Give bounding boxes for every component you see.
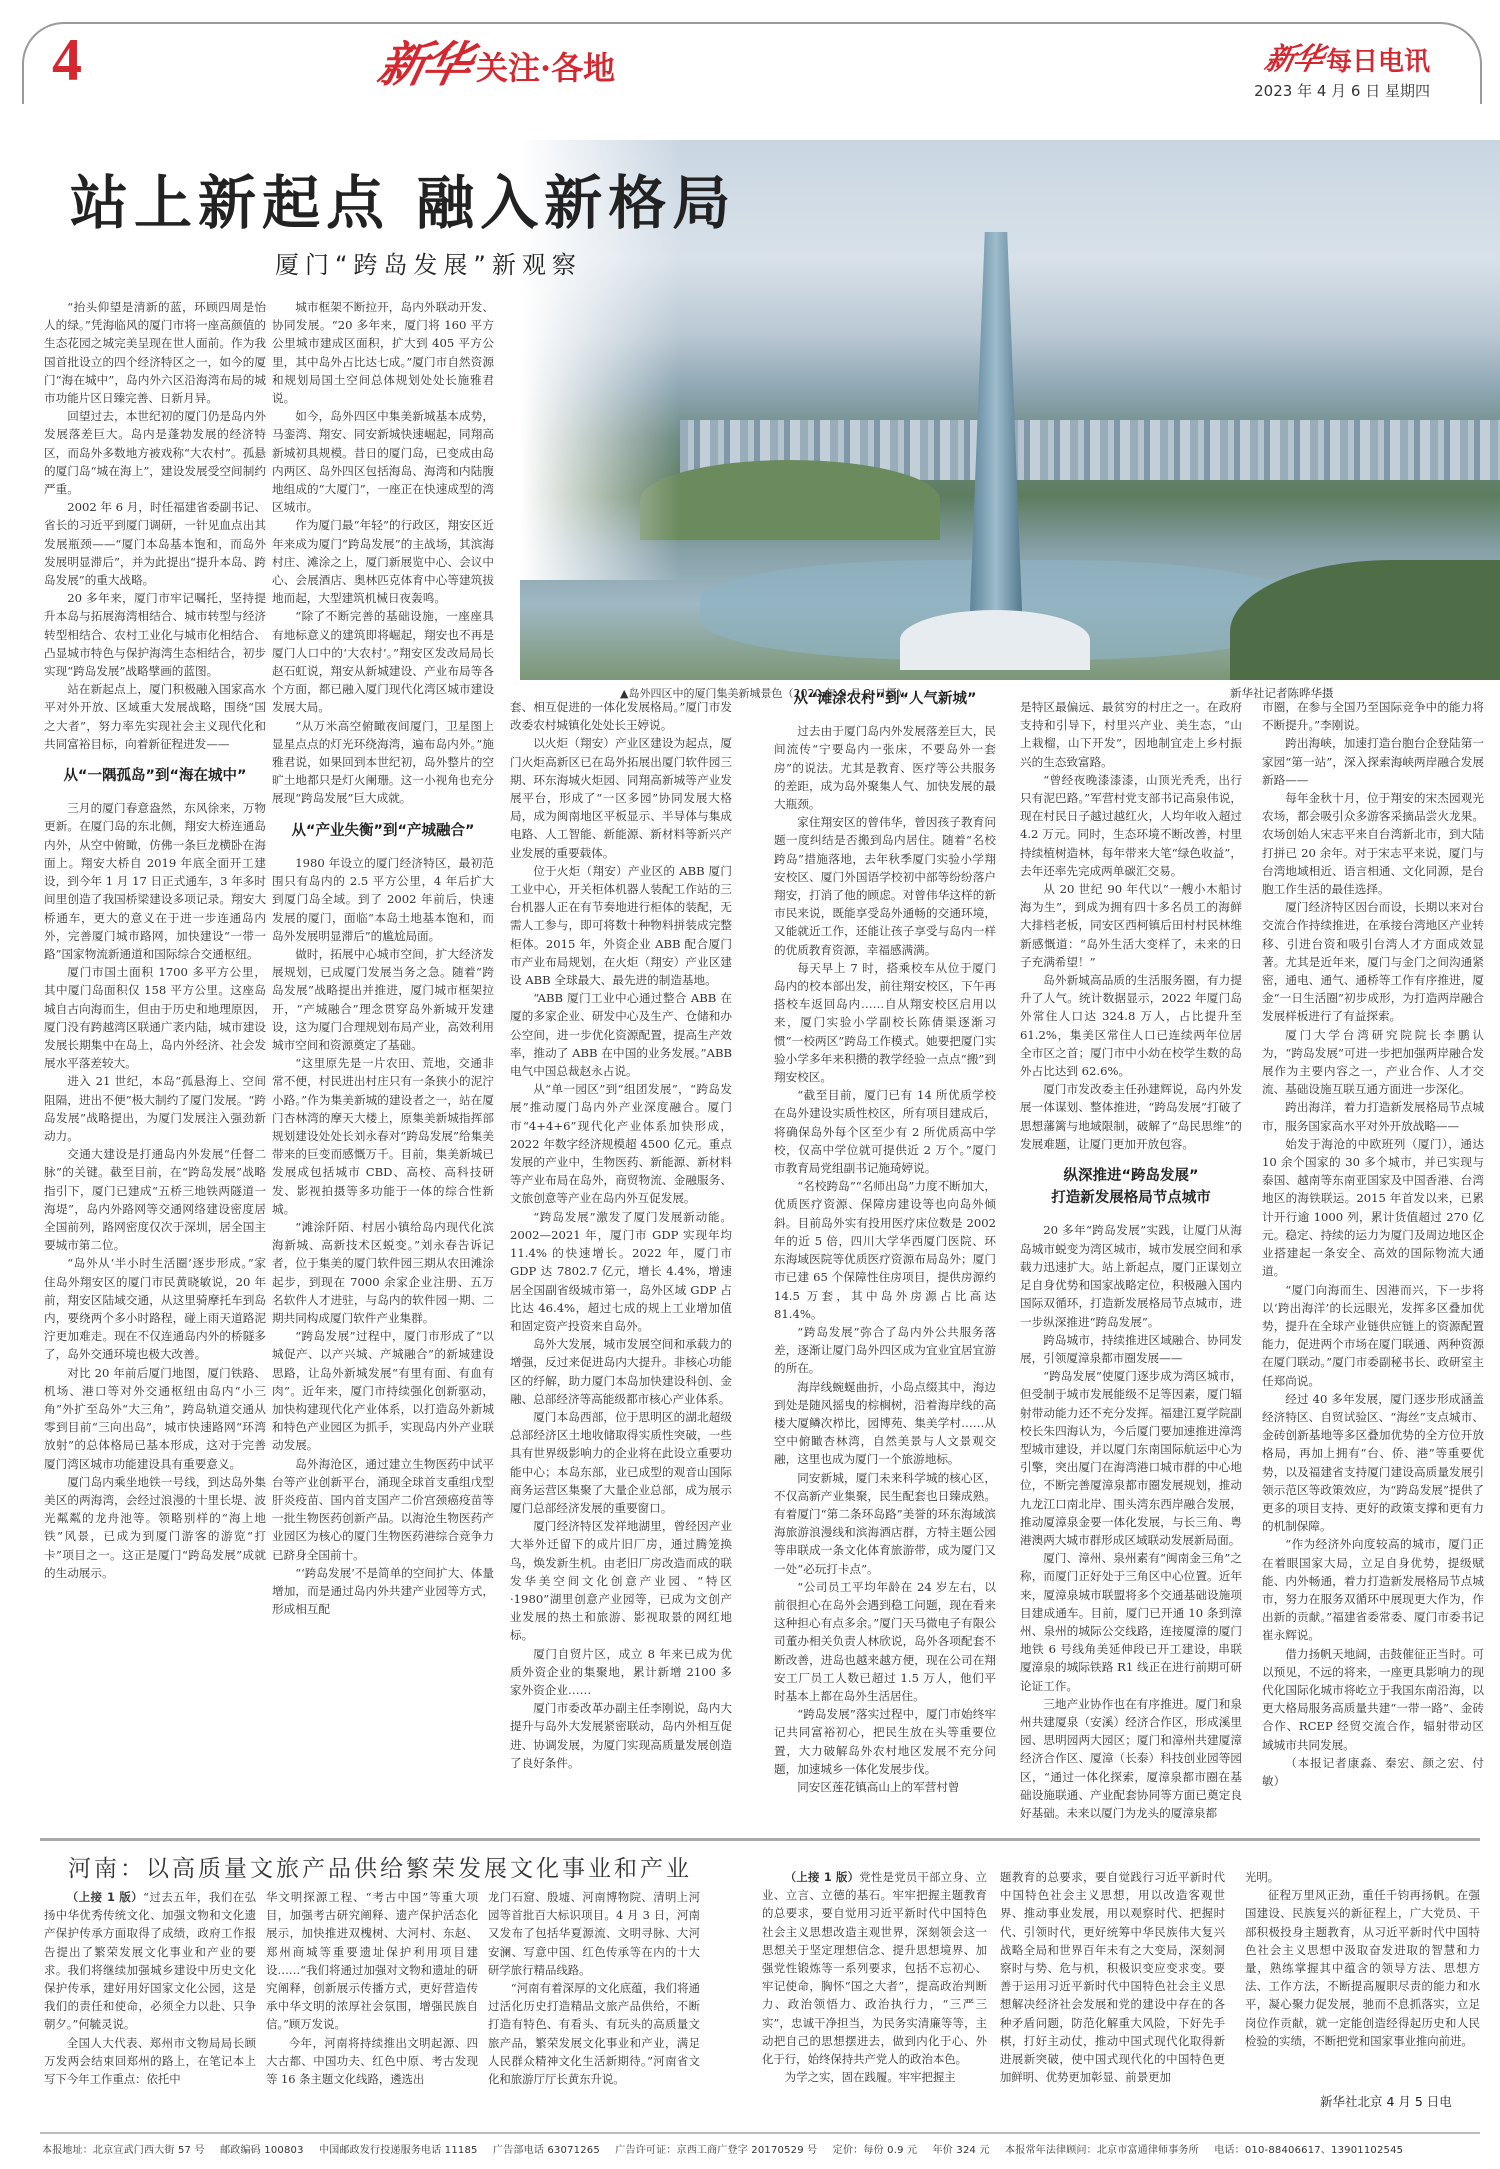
paragraph: 2002 年 6 月，时任福建省委副书记、省长的习近平到厦门调研，一针见血点出其… — [44, 498, 266, 589]
paragraph: 厦门经济特区因台而设，长期以来对台交流合作持续推进，在承接台湾地区产业转移、引进… — [1262, 898, 1484, 1025]
page-number: 4 — [52, 30, 82, 90]
paragraph: 厦门岛内乘坐地铁一号线，到达岛外集美区的两海湾，会经过浪漫的十里长堤、波光粼粼的… — [44, 1473, 266, 1582]
paragraph: 套、相互促进的一体化发展格局。”厦门市发改委农村城镇化处处长王婷说。 — [510, 698, 732, 734]
paragraph: “跨岛发展”激发了厦门发展新动能。2002—2021 年，厦门市 GDP 实现年… — [510, 1208, 732, 1335]
paragraph: “从万米高空俯瞰夜间厦门，卫星图上显星点点的灯光环绕海湾，遍布岛内外。”施雅君说… — [272, 717, 494, 808]
paragraph: 今年，河南将持续推出文明起源、四大古都、中国功夫、红色中原、考古发现等 16 条… — [266, 2034, 478, 2089]
issue-date: 2023 年 4 月 6 日 星期四 — [1254, 80, 1430, 101]
paragraph: “除了不断完善的基础设施，一座座具有地标意义的建筑即将崛起，翔安也不再是厦门人口… — [272, 607, 494, 716]
continued-from-marker: （上接 1 版） — [67, 1890, 143, 1904]
xinhua-logo: 新华 — [373, 26, 476, 95]
paragraph: 跨出海峡，加速打造台胞台企登陆第一家园“第一站”，深入探索海峡两岸融合发展新路—… — [1262, 734, 1484, 789]
paragraph: （上接 1 版）“过去五年，我们在弘扬中华优秀传统文化、加强文物和文化遗产保护传… — [44, 1888, 256, 2034]
article-column-4: 从“滩涂农村”到“人气新城” 过去由于厦门岛内外发展落差巨大，民间流传“宁要岛内… — [774, 690, 996, 1838]
section-divider — [40, 1838, 1480, 1841]
paragraph: 如今，岛外四区中集美新城基本成势，马銮湾、翔安、同安新城快速崛起，同翔高新城初具… — [272, 407, 494, 516]
footer-legal-counsel: 本报常年法律顾问：北京市富通律师事务所 — [1005, 2145, 1199, 2156]
paragraph: 厦门市国土面积 1700 多平方公里，其中厦门岛面积仅 158 平方公里。这座岛… — [44, 963, 266, 1072]
article-column-2: 城市框架不断拉开，岛内外联动开发、协同发展。“20 多年来，厦门将 160 平方… — [272, 298, 494, 1838]
paragraph: “岛外从‘半小时生活圈’逐步形成。”家住岛外翔安区的厦门市民黄晓敏说，20 年前… — [44, 1254, 266, 1363]
footer-postcode: 邮政编码 100803 — [220, 2145, 304, 2156]
paragraph: （上接 1 版）党性是党员干部立身、立业、立言、立德的基石。牢牢把握主题教育的总… — [762, 1868, 987, 2068]
footer-price: 定价：每份 0.9 元 — [833, 2145, 917, 2156]
paragraph: 交通大建设是打通岛内外发展“任督二脉”的关键。截至目前，在“跨岛发展”战略指引下… — [44, 1145, 266, 1254]
paragraph: 龙门石窟、殷墟、河南博物院、清明上河园等首批百大标识项目。4 月 3 日，河南又… — [488, 1888, 700, 1979]
paragraph: 城市框架不断拉开，岛内外联动开发、协同发展。“20 多年来，厦门将 160 平方… — [272, 298, 494, 407]
henan-column-1: （上接 1 版）“过去五年，我们在弘扬中华优秀传统文化、加强文物和文化遗产保护传… — [44, 1888, 256, 2124]
footer-ad-phone: 广告部电话 63071265 — [493, 2145, 600, 2156]
imprint-footer: 本报地址：北京宣武门西大街 57 号 邮政编码 100803 中国邮政发行投递服… — [42, 2141, 1482, 2156]
paragraph: 厦门市发改委主任孙建辉说，岛内外发展一体谋划、整体推进，“跨岛发展”打破了思想藩… — [1020, 1080, 1242, 1153]
paragraph: 征程万里风正劲，重任千钧再扬帆。在强国建设、民族复兴的新征程上，广大党员、干部积… — [1245, 1886, 1480, 2050]
paragraph: 作为厦门最“年轻”的行政区，翔安区近年来成为厦门“跨岛发展”的主战场，其滨海村庄… — [272, 516, 494, 607]
henan-column-3: 龙门石窟、殷墟、河南博物院、清明上河园等首批百大标识项目。4 月 3 日，河南又… — [488, 1888, 700, 2124]
continued-from-marker: （上接 1 版） — [785, 1870, 860, 1884]
paragraph: “‘跨岛发展’不是简单的空间扩大、体量增加，而是通过岛内外共建产业园等方式，形成… — [272, 1564, 494, 1619]
paragraph: 站在新起点上，厦门积极融入国家高水平对外开放、区域重大发展战略，围绕“国之大者”… — [44, 680, 266, 753]
paper-logo-script: 新华 — [1261, 34, 1326, 78]
dateline: 新华社北京 4 月 5 日电 — [1320, 2092, 1452, 2110]
paragraph: 做时，拓展中心城市空间，扩大经济发展规划，已成厦门发展当务之急。随着“跨岛发展”… — [272, 945, 494, 1054]
paragraph: 每天早上 7 时，搭乘校车从位于厦门岛内的校本部出发，前往翔安校区，下午再搭校车… — [774, 959, 996, 1086]
paragraph: 家住翔安区的曾伟华，曾因孩子教育问题一度纠结是否搬到岛内居住。随着“名校跨岛”措… — [774, 813, 996, 959]
paragraph: 光明。 — [1245, 1868, 1480, 1886]
paragraph: 厦门经济特区发祥地湖里，曾经因产业大举外迁留下的成片旧厂房，通过腾笼换鸟，焕发新… — [510, 1517, 732, 1644]
newspaper-page: 4 新华 关注·各地 新华 每日电讯 2023 年 4 月 6 日 星期四 站上… — [0, 0, 1500, 2169]
footer-phone: 电话：010-88406617、13901102545 — [1214, 2145, 1403, 2156]
paragraph: 全国人大代表、郑州市文物局局长顾万发两会结束回郑州的路上，在笔记本上写下今年工作… — [44, 2034, 256, 2089]
paragraph: 每年金秋十月，位于翔安的宋杰园观光农场，都会吸引众多游客采摘品尝火龙果。农场创始… — [1262, 789, 1484, 898]
henan-column-2: 华文明探源工程、“考古中国”等重大项目，加强考古研究阐释、遗产保护活态化展示，加… — [266, 1888, 478, 2124]
paragraph: “跨岛发展”过程中，厦门市形成了“以城促产、以产兴城、产城融合”的新城建设思路，… — [272, 1327, 494, 1454]
paragraph: 过去由于厦门岛内外发展落差巨大，民间流传“宁要岛内一张床，不要岛外一套房”的说法… — [774, 722, 996, 813]
paper-nameplate: 新华 每日电讯 2023 年 4 月 6 日 星期四 — [1254, 34, 1430, 101]
paragraph: 同安区莲花镇高山上的军营村曾 — [774, 1778, 996, 1796]
paragraph: “公司员工平均年龄在 24 岁左右，以前很担心在岛外会遇到稳工问题，现在看来这种… — [774, 1578, 996, 1705]
paragraph: 20 多年“跨岛发展”实践，让厦门从海岛城市蜕变为湾区城市，城市发展空间和承载力… — [1020, 1221, 1242, 1330]
paragraph: “跨岛发展”弥合了岛内外公共服务落差，逐渐让厦门岛外四区成为宜业宜居宜游的所在。 — [774, 1323, 996, 1378]
article-column-3: 套、相互促进的一体化发展格局。”厦门市发改委农村城镇化处处长王婷说。 以火炬（翔… — [510, 698, 732, 1838]
paragraph: 借力扬帆天地阔，击鼓催征正当时。可以预见，不远的将来，一座更具影响力的现代化国际… — [1262, 1645, 1484, 1754]
photo-hill-left — [640, 460, 940, 540]
paragraph: 跨出海洋，着力打造新发展格局节点城市，服务国家高水平对外开放战略—— — [1262, 1098, 1484, 1134]
paragraph: 厦门、漳州、泉州素有“闽南金三角”之称，而厦门正好处于三角区中心位置。近年来，厦… — [1020, 1549, 1242, 1695]
section-heading: 从“滩涂农村”到“人气新城” — [774, 690, 996, 708]
footer-ad-license: 广告许可证：京西工商广登字 20170529 号 — [615, 2145, 817, 2156]
article-column-5: 是特区最偏远、最贫穷的村庄之一。在政府支持和引导下，村里兴产业、美生态，“山上栽… — [1020, 698, 1242, 1838]
paragraph: 市圈，在参与全国乃至国际竞争中的能力将不断提升。”李刚说。 — [1262, 698, 1484, 734]
section-banner: 新华 关注·各地 — [380, 26, 615, 95]
paragraph: 20 多年来，厦门市牢记嘱托，坚持提升本岛与拓展海湾相结合、城市转型与经济转型相… — [44, 589, 266, 680]
paragraph: 同安新城，厦门未来科学城的核心区，不仅高新产业集聚，民生配套也日臻成熟。有着厦门… — [774, 1469, 996, 1578]
paragraph: “跨岛发展”落实过程中，厦门市始终牢记共同富裕初心，把民生放在头等重要位置，大力… — [774, 1705, 996, 1778]
study-column-3: 光明。 征程万里风正劲，重任千钧再扬帆。在强国建设、民族复兴的新征程上，广大党员… — [1245, 1868, 1480, 2092]
section-heading: 从“一隅孤岛”到“海在城中” — [44, 767, 266, 785]
paragraph: 厦门自贸片区，成立 8 年来已成为优质外资企业的集聚地，累计新增 2100 多家… — [510, 1645, 732, 1700]
paragraph: “抬头仰望是清新的蓝，环顾四周是怡人的绿。”凭海临风的厦门市将一座高颜值的生态花… — [44, 298, 266, 407]
paragraph: 以火炬（翔安）产业区建设为起点，厦门火炬高新区已在岛外拓展出厦门软件园三期、环东… — [510, 734, 732, 861]
paragraph: “ABB 厦门工业中心通过整合 ABB 在厦的多家企业、研发中心及生产、仓储和办… — [510, 989, 732, 1080]
paragraph: 进入 21 世纪，本岛“孤悬海上、空间阻隔，进出不便”极大制约了厦门发展。“跨岛… — [44, 1072, 266, 1145]
paragraph: 三地产业协作也在有序推进。厦门和泉州共建厦泉（安溪）经济合作区，形成溪里园、思明… — [1020, 1695, 1242, 1822]
paragraph: “这里原先是一片农田、荒地，交通非常不便，村民进出村庄只有一条狭小的泥泞小路。”… — [272, 1054, 494, 1218]
paragraph: 题教育的总要求，要自觉践行习近平新时代中国特色社会主义思想，用以改造客观世界、推… — [1000, 1868, 1225, 2086]
paragraph: 厦门本岛西部，位于思明区的湖北超级总部经济区土地收储取得实质性突破，一些具有世界… — [510, 1408, 732, 1517]
paragraph: “截至目前，厦门已有 14 所优质学校在岛外建设实质性校区，所有项目建成后，将确… — [774, 1086, 996, 1177]
paragraph: 经过 40 多年发展，厦门逐步形成涵盖经济特区、自贸试验区、“海丝”支点城市、金… — [1262, 1390, 1484, 1536]
paragraph: 华文明探源工程、“考古中国”等重大项目，加强考古研究阐释、遗产保护活态化展示，加… — [266, 1888, 478, 2034]
paragraph: 对比 20 年前后厦门地图，厦门铁路、机场、港口等对外交通枢纽由岛内“小三角”外… — [44, 1364, 266, 1473]
section-title: 关注·各地 — [476, 43, 615, 89]
paragraph: 回望过去，本世纪初的厦门仍是岛内外发展落差巨大。岛内是蓬勃发展的经济特区，而岛外… — [44, 407, 266, 498]
article-column-1: “抬头仰望是清新的蓝，环顾四周是怡人的绿。”凭海临风的厦门市将一座高颜值的生态花… — [44, 298, 266, 1838]
paragraph: 厦门大学台湾研究院院长李鹏认为，“跨岛发展”可进一步把加强两岸融合发展作为主要内… — [1262, 1026, 1484, 1099]
study-column-2: 题教育的总要求，要自觉践行习近平新时代中国特色社会主义思想，用以改造客观世界、推… — [1000, 1868, 1225, 2124]
footer-annual-price: 年价 324 元 — [933, 2145, 990, 2156]
paragraph: 位于火炬（翔安）产业区的 ABB 厦门工业中心，开关柜体机器人装配工作站的三台机… — [510, 862, 732, 989]
section-heading: 打造新发展格局节点城市 — [1020, 1189, 1242, 1207]
article-column-6: 市圈，在参与全国乃至国际竞争中的能力将不断提升。”李刚说。 跨出海峡，加速打造台… — [1262, 698, 1484, 1838]
sub-headline: 厦门“跨岛发展”新观察 — [275, 245, 582, 280]
paragraph: 岛外大发展，城市发展空间和承载力的增强，反过来促进岛内大提升。非核心功能区的纾解… — [510, 1335, 732, 1408]
paragraph: 厦门市委改革办副主任李刚说，岛内大提升与岛外大发展紧密联动，岛内外相互促进、协调… — [510, 1699, 732, 1772]
henan-article-title: 河南：以高质量文旅产品供给繁荣发展文化事业和产业 — [68, 1850, 692, 1883]
paragraph: “厦门向海而生、因港而兴，下一步将以‘跨出海洋’的长远眼光，发挥多区叠加优势，提… — [1262, 1281, 1484, 1390]
paragraph: 跨岛城市，持续推进区域融合、协同发展，引领厦漳泉都市圈发展—— — [1020, 1331, 1242, 1367]
footer-delivery-phone: 中国邮政发行投递服务电话 11185 — [319, 2145, 478, 2156]
paragraph: 岛外新城高品质的生活服务圈，有力提升了人气。统计数据显示，2022 年厦门岛外常… — [1020, 971, 1242, 1080]
paragraph: 从 20 世纪 90 年代以“一艘小木船讨海为生”，到成为拥有四十多名员工的海鲜… — [1020, 880, 1242, 971]
footer-address: 本报地址：北京宣武门西大街 57 号 — [42, 2145, 205, 2156]
paragraph: “河南有着深厚的文化底蕴，我们将通过活化历史打造精品文旅产品供给，不断打造有特色… — [488, 1979, 700, 2088]
footer-rule — [40, 2132, 1480, 2134]
paragraph: 是特区最偏远、最贫穷的村庄之一。在政府支持和引导下，村里兴产业、美生态，“山上栽… — [1020, 698, 1242, 771]
section-heading: 从“产业失衡”到“产城融合” — [272, 822, 494, 840]
paragraph: “曾经夜晚漆漆漆，山顶光秃秃，出行只有泥巴路。”军营村党支部书记高泉伟说，现在村… — [1020, 771, 1242, 880]
paragraph: “名校跨岛”“名师出岛”力度不断加大，优质医疗资源、保障房建设等也向岛外倾斜。目… — [774, 1177, 996, 1323]
paragraph: 海岸线蜿蜒曲折，小岛点缀其中，海边到处是随风摇曳的棕榈树，沿着海岸线的高楼大厦鳞… — [774, 1378, 996, 1469]
study-column-1: （上接 1 版）党性是党员干部立身、立业、立言、立德的基石。牢牢把握主题教育的总… — [762, 1868, 987, 2124]
paragraph: “作为经济外向度较高的城市，厦门正在着眼国家大局，立足自身优势，提级赋能、内外畅… — [1262, 1535, 1484, 1644]
paragraph: 1980 年设立的厦门经济特区，最初范围只有岛内的 2.5 平方公里，4 年后扩… — [272, 854, 494, 945]
section-heading: 纵深推进“跨岛发展” — [1020, 1167, 1242, 1185]
paragraph: 始发于海沧的中欧班列（厦门），通达 10 余个国家的 30 多个城市，并已实现与… — [1262, 1135, 1484, 1281]
reporter-byline: （本报记者康淼、秦宏、颜之宏、付敏） — [1262, 1754, 1484, 1790]
paragraph: 为学之实，固在践履。牢牢把握主 — [762, 2068, 987, 2086]
paper-name: 每日电讯 — [1326, 41, 1430, 78]
photo-tower-base — [900, 610, 1090, 670]
main-headline: 站上新起点 融入新格局 — [70, 156, 736, 240]
paragraph: “滩涂阡陌、村居小镇给岛内现代化滨海新城、高新技术区蜕变。”刘永春告诉记者，位于… — [272, 1218, 494, 1327]
paragraph: 三月的厦门春意盎然，东风徐来，万物更新。在厦门岛的东北侧，翔安大桥连通岛内外，从… — [44, 799, 266, 963]
paragraph: “跨岛发展”使厦门逐步成为湾区城市，但受制于城市发展能级不足等因素，厦门辐射带动… — [1020, 1367, 1242, 1549]
paragraph: 岛外海沧区，通过建立生物医药中试平台等产业创新平台，涌现全球首支重组戊型肝炎疫苗… — [272, 1455, 494, 1564]
paragraph: 从“单一园区”到“组团发展”，“跨岛发展”推动厦门岛内外产业深度融合。厦门市“4… — [510, 1080, 732, 1207]
